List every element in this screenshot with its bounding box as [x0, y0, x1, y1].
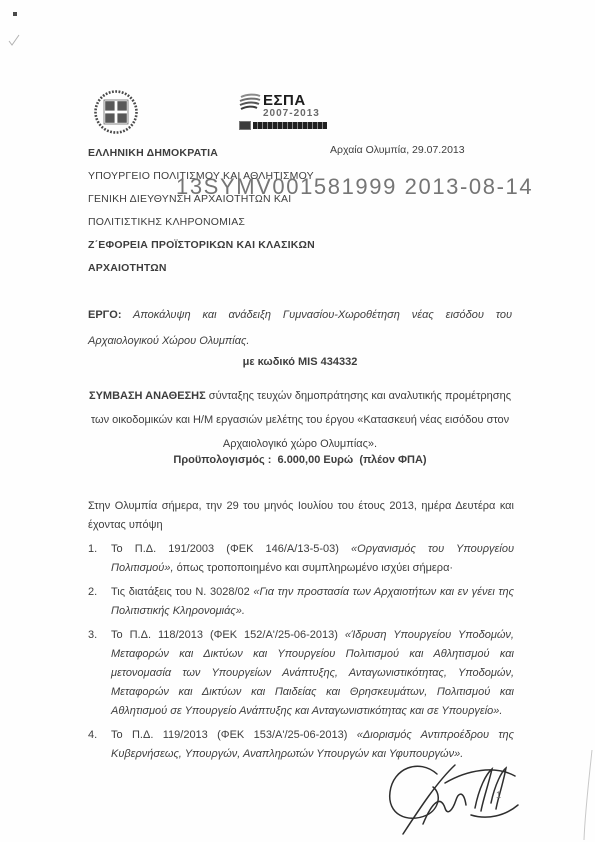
greek-coat-of-arms-icon — [93, 89, 139, 135]
header-line: ΠΟΛΙΤΙΣΤΙΚΗΣ ΚΛΗΡΟΝΟΜΙΑΣ — [88, 211, 315, 234]
header-line: ΕΛΛΗΝΙΚΗ ΔΗΜΟΚΡΑΤΙΑ — [88, 142, 315, 165]
list-item-text: Το Π.Δ. 118/2013 (ΦΕΚ 152/Α'/25-06-2013)… — [111, 626, 514, 721]
mis-code-line: με κωδικό MIS 434332 — [88, 356, 512, 368]
header-line: ΑΡΧΑΙΟΤΗΤΩΝ — [88, 257, 315, 280]
list-item-suffix: όπως τροποποιημένο και συμπληρωμένο ισχύ… — [174, 562, 454, 574]
handwritten-signature — [375, 752, 560, 840]
project-title-paragraph: ΕΡΓΟ: Αποκάλυψη και ανάδειξη Γυμνασίου-Χ… — [88, 302, 512, 354]
list-item: 2. Τις διατάξεις του Ν. 3028/02 «Για την… — [88, 583, 514, 621]
espa-years: 2007-2013 — [263, 108, 320, 119]
contract-heading-paragraph: ΣΥΜΒΑΣΗ ΑΝΑΘΕΣΗΣ σύνταξης τευχών δημοπρά… — [88, 384, 512, 456]
paper-edge-line — [581, 748, 595, 842]
legal-references-list: 1. Το Π.Δ. 191/2003 (ΦΕΚ 146/Α/13-5-03) … — [88, 540, 514, 769]
scan-artifact-dot — [13, 12, 17, 16]
list-item-quote: «Ίδρυση Υπουργείου Υποδομών, Μεταφορών κ… — [111, 629, 514, 717]
list-item-prefix: Τις διατάξεις του Ν. 3028/02 — [111, 586, 253, 598]
espa-title: ΕΣΠΑ — [263, 93, 320, 108]
budget-line: Προϋπολογισμός : 6.000,00 Ευρώ (πλέον ΦΠ… — [88, 454, 512, 466]
list-item-text: Τις διατάξεις του Ν. 3028/02 «Για την πρ… — [111, 583, 514, 621]
scanned-document-page: ΕΣΠΑ 2007-2013 ΕΛΛΗΝΙΚΗ ΔΗΜΟΚΡΑΤΙΑ ΥΠΟΥΡ… — [0, 0, 595, 842]
project-title-text: Αποκάλυψη και ανάδειξη Γυμνασίου-Χωροθέτ… — [88, 309, 512, 347]
espa-stripes-icon — [239, 93, 261, 111]
list-item-text: Το Π.Δ. 191/2003 (ΦΕΚ 146/Α/13-5-03) «Ορ… — [111, 540, 514, 578]
list-item: 1. Το Π.Δ. 191/2003 (ΦΕΚ 146/Α/13-5-03) … — [88, 540, 514, 578]
list-item-prefix: Το Π.Δ. 191/2003 (ΦΕΚ 146/Α/13-5-03) — [111, 543, 351, 555]
list-item: 3. Το Π.Δ. 118/2013 (ΦΕΚ 152/Α'/25-06-20… — [88, 626, 514, 721]
list-item-number: 3. — [88, 626, 111, 721]
espa-logo: ΕΣΠΑ 2007-2013 — [239, 93, 343, 130]
list-item-prefix: Το Π.Δ. 119/2013 (ΦΕΚ 153/Α'/25-06-2013) — [111, 729, 357, 741]
project-label: ΕΡΓΟ: — [88, 309, 122, 321]
header-line: Ζ΄ΕΦΟΡΕΙΑ ΠΡΟΪΣΤΟΡΙΚΩΝ ΚΑΙ ΚΛΑΣΙΚΩΝ — [88, 234, 315, 257]
place-date: Αρχαία Ολυμπία, 29.07.2013 — [330, 144, 465, 156]
issuing-authority-block: ΕΛΛΗΝΙΚΗ ΔΗΜΟΚΡΑΤΙΑ ΥΠΟΥΡΓΕΙΟ ΠΟΛΙΤΙΣΜΟΥ… — [88, 142, 315, 280]
registry-watermark: 13SYMV001581999 2013-08-14 — [176, 174, 533, 200]
contract-label: ΣΥΜΒΑΣΗ ΑΝΑΘΕΣΗΣ — [89, 390, 206, 402]
list-item-number: 1. — [88, 540, 111, 578]
eu-flag-icon — [239, 121, 251, 130]
intro-paragraph: Στην Ολυμπία σήμερα, την 29 του μηνός Ιο… — [88, 497, 514, 535]
page-number: 1 — [496, 790, 501, 800]
list-item-number: 2. — [88, 583, 111, 621]
espa-banner-bar — [253, 122, 327, 129]
list-item-number: 4. — [88, 726, 111, 764]
list-item-prefix: Το Π.Δ. 118/2013 (ΦΕΚ 152/Α'/25-06-2013) — [111, 629, 345, 641]
scan-artifact-checkmark — [7, 33, 21, 47]
